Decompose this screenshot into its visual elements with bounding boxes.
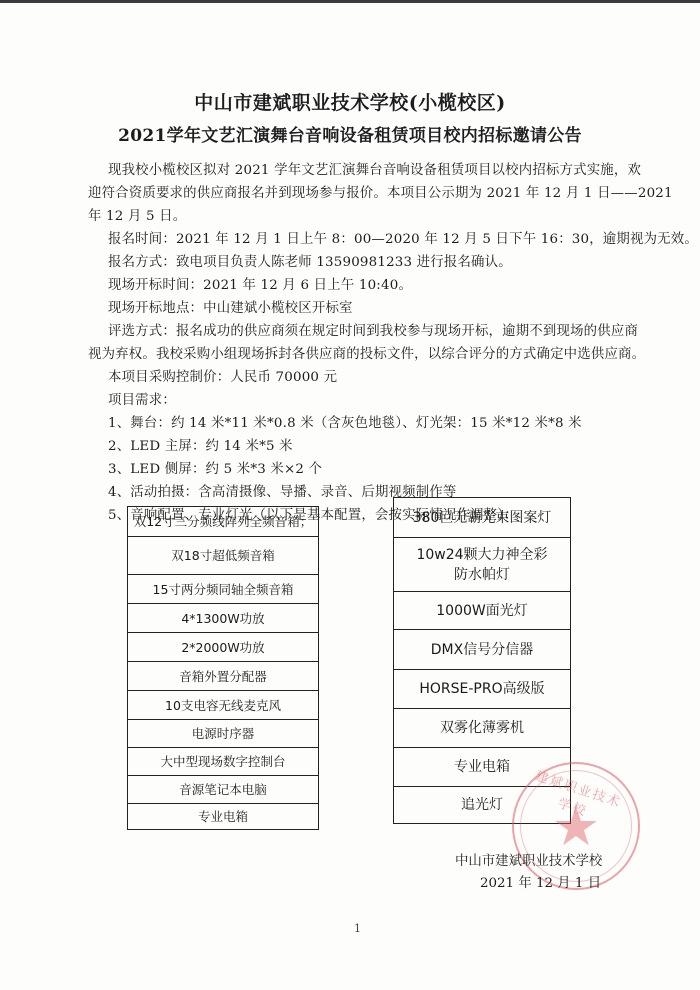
requirement-1: 1、舞台：约 14 米*11 米*0.8 米（含灰色地毯）、灯光架：15 米*1… bbox=[108, 415, 582, 433]
intro-line-2: 迎符合资质要求的供应商报名并到现场参与报价。本项目公示期为 2021 年 12 … bbox=[88, 185, 673, 203]
audio-row: 大中型现场数字控制台 bbox=[128, 748, 318, 776]
page-number: 1 bbox=[354, 922, 361, 935]
opening-time: 现场开标时间：2021 年 12 月 6 日上午 10:40。 bbox=[108, 277, 412, 295]
audio-row: 双12寸三分频线阵列全频音箱； bbox=[128, 507, 318, 537]
audio-row: 音源笔记本电脑 bbox=[128, 776, 318, 804]
issuer-name: 中山市建斌职业技术学校 bbox=[455, 850, 602, 869]
requirements-heading: 项目需求： bbox=[108, 392, 176, 410]
audio-row: 2*2000W功放 bbox=[128, 633, 318, 662]
lighting-row: DMX信号分信器 bbox=[394, 630, 570, 670]
lighting-row: 1000W面光灯 bbox=[394, 592, 570, 630]
audio-row: 电源时序器 bbox=[128, 720, 318, 748]
intro-line-1: 现我校小榄校区拟对 2021 学年文艺汇演舞台音响设备租赁项目以校内招标方式实施… bbox=[108, 162, 641, 180]
evaluation-line-2: 视为弃权。我校采购小组现场拆封各供应商的投标文件，以综合评分的方式确定中选供应商… bbox=[88, 346, 645, 364]
lighting-row: 专业电箱 bbox=[394, 748, 570, 787]
audio-row: 双18寸超低频音箱 bbox=[128, 537, 318, 575]
announcement-title: 2021学年文艺汇演舞台音响设备租赁项目校内招标邀请公告 bbox=[0, 121, 700, 146]
audio-row: 专业电箱 bbox=[128, 804, 318, 829]
lighting-row: 追光灯 bbox=[394, 787, 570, 823]
lighting-equipment-table: 380巨无霸光束图案灯 10w24颗大力神全彩 防水帕灯 1000W面光灯 DM… bbox=[393, 497, 571, 824]
intro-line-3: 年 12 月 5 日。 bbox=[88, 208, 186, 226]
lighting-row: HORSE-PRO高级版 bbox=[394, 670, 570, 709]
evaluation-line-1: 评选方式：报名成功的供应商须在规定时间到我校参与现场开标，逾期不到现场的供应商 bbox=[108, 323, 638, 341]
registration-time: 报名时间：2021 年 12 月 1 日上午 8：00—2020 年 12 月 … bbox=[108, 231, 698, 249]
registration-method: 报名方式：致电项目负责人陈老师 13590981233 进行报名确认。 bbox=[108, 254, 512, 272]
scan-edge bbox=[0, 0, 700, 3]
opening-location: 现场开标地点：中山建斌小榄校区开标室 bbox=[108, 300, 353, 318]
requirement-3: 3、LED 侧屏：约 5 米*3 米×2 个 bbox=[108, 461, 322, 479]
issue-date: 2021 年 12 月 1 日 bbox=[480, 872, 601, 891]
audio-row: 10支电容无线麦克风 bbox=[128, 691, 318, 720]
audio-row: 音箱外置分配器 bbox=[128, 662, 318, 691]
requirement-2: 2、LED 主屏：约 14 米*5 米 bbox=[108, 438, 293, 456]
budget: 本项目采购控制价：人民币 70000 元 bbox=[108, 369, 337, 387]
audio-equipment-table: 双12寸三分频线阵列全频音箱； 双18寸超低频音箱 15寸两分频同轴全频音箱 4… bbox=[127, 506, 319, 830]
lighting-row: 380巨无霸光束图案灯 bbox=[394, 498, 570, 538]
lighting-row: 10w24颗大力神全彩 防水帕灯 bbox=[394, 538, 570, 592]
school-title: 中山市建斌职业技术学校(小榄校区) bbox=[0, 88, 700, 115]
audio-row: 15寸两分频同轴全频音箱 bbox=[128, 575, 318, 604]
audio-row: 4*1300W功放 bbox=[128, 604, 318, 633]
lighting-row: 双雾化薄雾机 bbox=[394, 709, 570, 748]
